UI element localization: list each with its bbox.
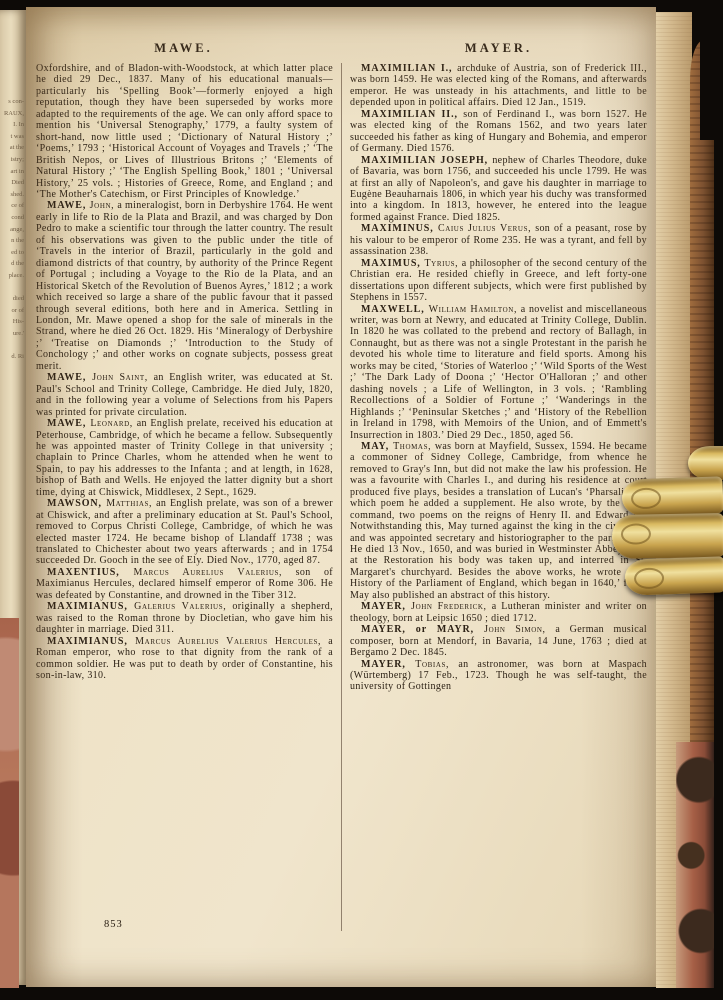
entry-name: Galerius Valerius, <box>134 601 232 612</box>
entry-name: Matthias, <box>106 498 156 509</box>
entry-headword: MAXIMUS, <box>361 258 424 269</box>
entry-name: Tyrius, <box>424 258 461 269</box>
left-column: Oxfordshire, and of Bladon-with-Woodstoc… <box>36 63 333 939</box>
running-heads: MAWE. MAYER. <box>26 41 656 56</box>
dictionary-entry: MAXENTIUS, Marcus Aurelius Valerius, son… <box>36 567 333 601</box>
facing-page-fragment: RAUX, <box>0 108 27 120</box>
dictionary-entry: MAYER, John Frederick, a Lutheran minist… <box>350 601 647 624</box>
entry-headword: MAY, <box>361 441 393 452</box>
dictionary-entry: MAXWELL, William Hamilton, a novelist an… <box>350 304 647 441</box>
entry-headword: MAXENTIUS, <box>47 567 134 578</box>
dictionary-entry: Oxfordshire, and of Bladon-with-Woodstoc… <box>36 63 333 200</box>
entry-headword: MAXIMIANUS, <box>47 636 135 647</box>
running-head-right: MAYER. <box>341 41 656 56</box>
entry-headword: MAXIMILIAN II., <box>361 109 463 120</box>
facing-page-fragment: n the <box>0 235 27 247</box>
facing-page-fragment <box>0 282 27 294</box>
brass-finger <box>612 513 723 559</box>
dictionary-entry: MAYER, Tobias, an astronomer, was born a… <box>350 659 647 693</box>
dictionary-entry: MAYER, or MAYR, John Simon, a German mus… <box>350 624 647 658</box>
dictionary-page: MAWE. MAYER. Oxfordshire, and of Bladon-… <box>26 7 656 987</box>
facing-page-fragment: s con- <box>0 96 27 108</box>
dictionary-entry: MAXIMIANUS, Galerius Valerius, originall… <box>36 601 333 635</box>
dictionary-entry: MAWE, John, a mineralogist, born in Derb… <box>36 200 333 372</box>
facing-page-fragment: ange, <box>0 224 27 236</box>
facing-page-text-fragments: s con-RAUX,I. Int wasat theistry;art inD… <box>0 10 27 363</box>
facing-page-fragment: at the <box>0 142 27 154</box>
entry-headword: MAXWELL, <box>361 304 429 315</box>
entry-headword: MAYER, or MAYR, <box>361 624 484 635</box>
fingernail <box>634 567 665 589</box>
facing-page-fragment <box>0 339 27 351</box>
fingernail <box>631 487 662 509</box>
dictionary-entry: MAWE, John Saint, an English writer, was… <box>36 372 333 418</box>
facing-page-fragment: art in <box>0 166 27 178</box>
entry-headword: MAWSON, <box>47 498 106 509</box>
facing-page-fragment: or of <box>0 305 27 317</box>
brass-finger-tip <box>688 446 723 480</box>
facing-page-fragment: d the <box>0 258 27 270</box>
entry-name: Tobias, <box>415 659 458 670</box>
facing-page-fragment: t was <box>0 131 27 143</box>
entry-name: William Hamilton, <box>429 304 521 315</box>
book-photo-scene: s con-RAUX,I. Int wasat theistry;art inD… <box>0 0 723 1000</box>
right-column: MAXIMILIAN I., archduke of Austria, son … <box>350 63 647 939</box>
entry-headword: MAYER, <box>361 659 415 670</box>
entry-headword: MAWE, <box>47 200 90 211</box>
column-divider-rule <box>341 63 342 931</box>
entry-name: Leonard, <box>90 418 136 429</box>
entry-headword: MAXIMINUS, <box>361 223 438 234</box>
entry-headword: MAXIMILIAN I., <box>361 63 457 74</box>
background-bottom <box>0 988 723 1000</box>
entry-headword: MAXIMIANUS, <box>47 601 134 612</box>
facing-page-fragment: place. <box>0 270 27 282</box>
text-columns: Oxfordshire, and of Bladon-with-Woodstoc… <box>36 63 648 939</box>
marbled-edge-left <box>0 618 19 1000</box>
dictionary-entry: MAWSON, Matthias, an English prelate, wa… <box>36 498 333 567</box>
brass-finger <box>624 556 723 595</box>
brass-finger <box>621 476 723 517</box>
entry-name: Caius Julius Verus, <box>438 223 535 234</box>
entry-headword: MAXIMILIAN JOSEPH, <box>361 155 492 166</box>
entry-name: Thomas, <box>393 441 435 452</box>
entry-name: Marcus Aurelius Valerius, <box>134 567 296 578</box>
dictionary-entry: MAXIMUS, Tyrius, a philosopher of the se… <box>350 258 647 304</box>
entry-name: John Frederick, <box>411 601 492 612</box>
facing-page-fragment: ure.' <box>0 328 27 340</box>
dictionary-entry: MAXIMINUS, Caius Julius Verus, son of a … <box>350 223 647 257</box>
entry-name: John, <box>90 200 118 211</box>
facing-page-fragment: died <box>0 293 27 305</box>
dictionary-entry: MAXIMIANUS, Marcus Aurelius Valerius Her… <box>36 636 333 682</box>
facing-page-fragment: His- <box>0 316 27 328</box>
marbled-board-right <box>676 742 714 994</box>
facing-page-fragment: ed to <box>0 247 27 259</box>
facing-page-fragment: I. In <box>0 119 27 131</box>
facing-page-fragment: istry; <box>0 154 27 166</box>
background-top-right <box>700 0 723 140</box>
dictionary-entry: MAXIMILIAN II., son of Ferdinand I., was… <box>350 109 647 155</box>
facing-page-fragment: ce of <box>0 200 27 212</box>
facing-page-fragment: shed. <box>0 189 27 201</box>
facing-page-fragment: cond <box>0 212 27 224</box>
entry-headword: MAYER, <box>361 601 411 612</box>
entry-name: John Saint, <box>92 372 153 383</box>
brass-hand <box>608 446 723 606</box>
running-head-left: MAWE. <box>26 41 341 56</box>
dictionary-entry: MAWE, Leonard, an English prelate, recei… <box>36 418 333 498</box>
entry-name: John Simon, <box>484 624 555 635</box>
entry-headword: MAWE, <box>47 418 90 429</box>
dictionary-entry: MAXIMILIAN I., archduke of Austria, son … <box>350 63 647 109</box>
fingernail <box>621 523 651 545</box>
facing-page-fragment: Died <box>0 177 27 189</box>
entry-name: Marcus Aurelius Valerius Hercules, <box>135 636 328 647</box>
facing-page-fragment: d. Ri <box>0 351 27 363</box>
page-number: 853 <box>104 919 123 930</box>
dictionary-entry: MAY, Thomas, was born at Mayfield, Susse… <box>350 441 647 601</box>
entry-headword: MAWE, <box>47 372 92 383</box>
dictionary-entry: MAXIMILIAN JOSEPH, nephew of Charles The… <box>350 155 647 224</box>
